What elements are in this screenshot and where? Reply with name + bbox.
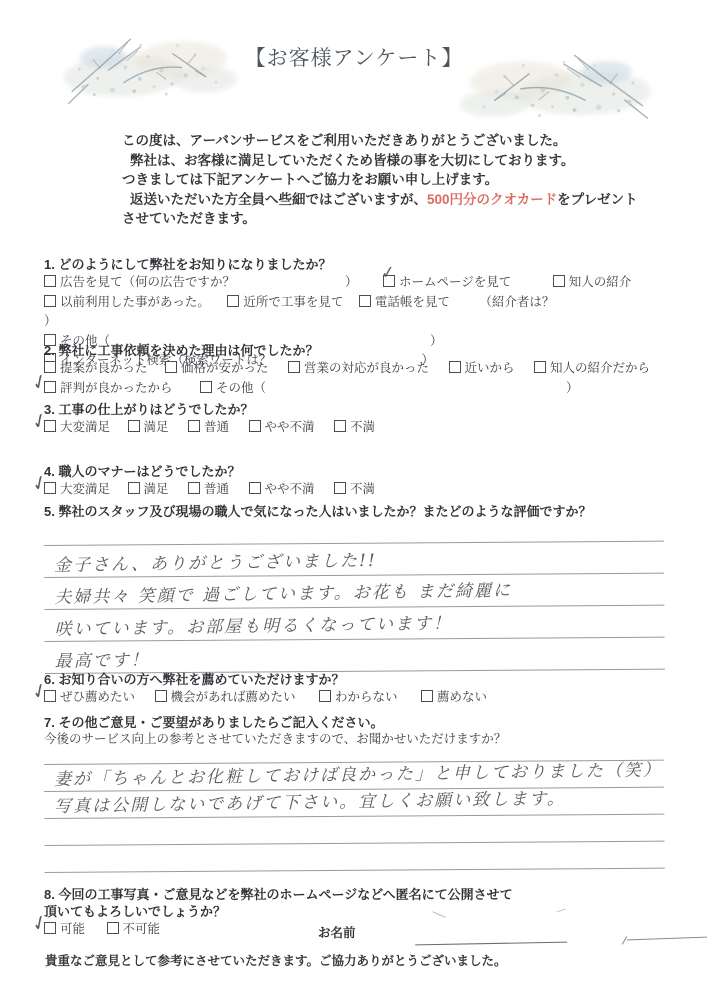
intro-line: つきましては下記アンケートへご協力をお願い申し上げます。 bbox=[122, 170, 688, 190]
answer-line[interactable]: 咲いています。お部屋も明るくなっています！ bbox=[44, 606, 664, 642]
checkbox-q4-satisfied[interactable]: ✓ bbox=[128, 482, 140, 494]
footer-thanks-text: 貴重なご意見として参考にさせていただきます。ご協力ありがとうございました。 bbox=[45, 951, 507, 969]
paren-close: ） bbox=[566, 381, 579, 395]
option-label-homepage: ホームページを見て bbox=[399, 275, 511, 289]
intro-line: 返送いただいた方全員へ些細ではございますが、500円分のクオカードをプレゼント bbox=[122, 190, 688, 210]
checkbox-friend-referral[interactable]: ✓ bbox=[553, 275, 565, 287]
intro-line: させていただきます。 bbox=[122, 209, 688, 229]
option-label-other-reason: その他（ bbox=[216, 381, 266, 395]
option-label-satisfied: 満足 bbox=[144, 482, 169, 496]
answer-line[interactable]: 夫婦共々 笑顔で 過ごしています。お花も まだ綺麗に bbox=[44, 574, 664, 610]
question-7-title: 7. その他ご意見・ご要望がありましたらご記入ください。 bbox=[44, 714, 684, 731]
checkbox-saw-construction[interactable]: ✓ bbox=[227, 295, 239, 307]
checkbox-recommend-if-chance[interactable]: ✓ bbox=[155, 690, 167, 702]
q3-options: ✓大変満足 ✓満足 ✓普通 ✓やや不満 ✓不満 bbox=[44, 418, 684, 438]
checkbox-q3-normal[interactable]: ✓ bbox=[188, 420, 200, 432]
handwritten-text: 夫婦共々 笑顔で 過ごしています。お花も まだ綺麗に bbox=[54, 576, 512, 608]
handwritten-text: 咲いています。お部屋も明るくなっています！ bbox=[54, 609, 452, 640]
option-label-not-recommend: 薦めない bbox=[437, 690, 487, 704]
handwritten-text: 妻が「ちゃんとお化粧しておけば良かった」と申しておりました（笑） bbox=[54, 755, 662, 790]
option-label-near: 近いから bbox=[465, 361, 515, 375]
survey-form-page: 【お客様アンケート】 この度は、アーバンサービスをご利用いただきありがとうござい… bbox=[0, 0, 708, 1000]
option-label-ad: 広告を見て（何の広告ですか？ bbox=[60, 275, 235, 289]
checkbox-q3-satisfied[interactable]: ✓ bbox=[128, 420, 140, 432]
question-5-title: 5. 弊社のスタッフ及び現場の職人で気になった人はいましたか？またどのような評価… bbox=[44, 503, 684, 520]
paren-close: ） bbox=[44, 314, 57, 328]
checkbox-q4-very-satisfied[interactable]: ✓ bbox=[44, 482, 56, 494]
answer-line[interactable]: 写真は公開しないであげて下さい。宜しくお願い致します。 bbox=[44, 788, 664, 819]
q2-row-1: ✓提案が良かった ✓価格が安かった ✓営業の対応が良かった ✓近いから ✓知人の… bbox=[44, 359, 684, 379]
question-1-title: 1. どのようにして弊社をお知りになりましたか？ bbox=[44, 256, 684, 273]
q2-row-2: ✓評判が良かったから ✓その他（） bbox=[44, 379, 684, 399]
checkbox-cheap-price[interactable]: ✓ bbox=[165, 361, 177, 373]
checkbox-friend-reason[interactable]: ✓ bbox=[534, 361, 546, 373]
checkbox-q3-somewhat-dissatisfied[interactable]: ✓ bbox=[249, 420, 261, 432]
option-label-friend-referral: 知人の紹介 bbox=[569, 275, 632, 289]
checkbox-publish-no[interactable]: ✓ bbox=[107, 922, 119, 934]
checkbox-near[interactable]: ✓ bbox=[449, 361, 461, 373]
question-8-title-line2: 頂いてもよろしいでしょうか？ bbox=[44, 903, 684, 920]
checkbox-not-recommend[interactable]: ✓ bbox=[421, 690, 433, 702]
option-label-dissatisfied: 不満 bbox=[350, 482, 375, 496]
checkbox-q3-very-satisfied[interactable]: ✓ bbox=[44, 420, 56, 432]
checkbox-publish-ok[interactable]: ✓ bbox=[44, 922, 56, 934]
question-3-title: 3. 工事の仕上がりはどうでしたか？ bbox=[44, 401, 684, 418]
checkbox-good-proposal[interactable]: ✓ bbox=[44, 361, 56, 373]
option-label-publish-ok: 可能 bbox=[60, 922, 85, 936]
page-title: 【お客様アンケート】 bbox=[0, 42, 708, 72]
name-field-underline[interactable] bbox=[415, 920, 567, 946]
referrer-prompt: （紹介者は？ bbox=[479, 295, 554, 309]
option-label-reputation: 評判が良かったから bbox=[60, 381, 173, 395]
q1-row-1: ✓広告を見て（何の広告ですか？） ✓ホームページを見て ✓知人の紹介 bbox=[44, 273, 684, 293]
option-label-somewhat-dissatisfied: やや不満 bbox=[265, 420, 315, 434]
answer-line[interactable] bbox=[44, 815, 664, 846]
option-label-normal: 普通 bbox=[204, 482, 229, 496]
checkbox-good-sales[interactable]: ✓ bbox=[288, 361, 300, 373]
question-3: 3. 工事の仕上がりはどうでしたか？ ✓大変満足 ✓満足 ✓普通 ✓やや不満 ✓… bbox=[44, 401, 684, 438]
checkbox-q3-dissatisfied[interactable]: ✓ bbox=[334, 420, 346, 432]
paren-close: ） bbox=[345, 275, 358, 289]
question-7-note: 今後のサービス向上の参考とさせていただきますので、お聞かせいただけますか？ bbox=[44, 731, 684, 748]
checkbox-dont-know[interactable]: ✓ bbox=[319, 690, 331, 702]
handwritten-text: 金子さん、ありがとうございました!! bbox=[54, 546, 377, 576]
checkbox-reputation[interactable]: ✓ bbox=[44, 381, 56, 393]
question-6-title: 6. お知り合いの方へ弊社を薦めていただけますか？ bbox=[44, 671, 684, 688]
intro-line: この度は、アーバンサービスをご利用いただきありがとうございました。 bbox=[122, 131, 688, 151]
checkbox-q4-normal[interactable]: ✓ bbox=[188, 482, 200, 494]
option-label-saw-construction: 近所で工事を見て bbox=[243, 295, 343, 309]
name-field-label: お名前 bbox=[318, 923, 356, 941]
handwritten-text: 最高です！ bbox=[54, 645, 149, 671]
q4-options: ✓大変満足 ✓満足 ✓普通 ✓やや不満 ✓不満 bbox=[44, 480, 684, 500]
checkbox-other-reason[interactable]: ✓ bbox=[200, 381, 212, 393]
option-label-dissatisfied: 不満 bbox=[350, 420, 375, 434]
question-8: 8. 今回の工事写真・ご意見などを弊社のホームページなどへ匿名にて公開させて 頂… bbox=[44, 886, 684, 940]
q7-answer-area: 妻が「ちゃんとお化粧しておけば良かった」と申しておりました（笑） 写真は公開しな… bbox=[44, 760, 665, 873]
checkbox-q4-dissatisfied[interactable]: ✓ bbox=[334, 482, 346, 494]
answer-line[interactable]: 最高です！ bbox=[45, 638, 665, 674]
option-label-good-sales: 営業の対応が良かった bbox=[304, 361, 429, 375]
question-5: 5. 弊社のスタッフ及び現場の職人で気になった人はいましたか？またどのような評価… bbox=[44, 503, 684, 520]
question-2-title: 2. 弊社に工事依頼を決めた理由は何でしたか？ bbox=[44, 342, 684, 359]
question-8-title: 8. 今回の工事写真・ご意見などを弊社のホームページなどへ匿名にて公開させて bbox=[44, 886, 684, 903]
option-label-somewhat-dissatisfied: やや不満 bbox=[265, 482, 315, 496]
question-7: 7. その他ご意見・ご要望がありましたらご記入ください。 今後のサービス向上の参… bbox=[44, 714, 684, 748]
q6-options: ✓ぜひ薦めたい ✓機会があれば薦めたい ✓わからない ✓薦めない bbox=[44, 688, 684, 708]
option-label-publish-no: 不可能 bbox=[123, 922, 161, 936]
checkbox-q4-somewhat-dissatisfied[interactable]: ✓ bbox=[249, 482, 261, 494]
quo-card-highlight: 500円分のクオカード bbox=[427, 192, 557, 207]
question-4: 4. 職人のマナーはどうでしたか？ ✓大変満足 ✓満足 ✓普通 ✓やや不満 ✓不… bbox=[44, 463, 684, 500]
checkmark-icon: ✓ bbox=[380, 264, 396, 283]
q5-answer-area: 金子さん、ありがとうございました!! 夫婦共々 笑顔で 過ごしています。お花も … bbox=[44, 541, 665, 674]
checkbox-ad[interactable]: ✓ bbox=[44, 275, 56, 287]
option-label-normal: 普通 bbox=[204, 420, 229, 434]
checkbox-homepage[interactable]: ✓ bbox=[383, 275, 395, 287]
option-label-used-before: 以前利用した事があった。 bbox=[60, 295, 210, 309]
option-label-phonebook: 電話帳を見て bbox=[375, 295, 450, 309]
q8-options: ✓可能 ✓不可能 bbox=[44, 920, 684, 940]
question-4-title: 4. 職人のマナーはどうでしたか？ bbox=[44, 463, 684, 480]
answer-line[interactable]: 金子さん、ありがとうございました!! bbox=[44, 542, 664, 578]
option-label-recommend-if-chance: 機会があれば薦めたい bbox=[171, 690, 296, 704]
option-label-dont-know: わからない bbox=[335, 690, 398, 704]
option-label-cheap-price: 価格が安かった bbox=[181, 361, 269, 375]
checkbox-definitely-recommend[interactable]: ✓ bbox=[44, 690, 56, 702]
question-2: 2. 弊社に工事依頼を決めた理由は何でしたか？ ✓提案が良かった ✓価格が安かっ… bbox=[44, 342, 684, 398]
option-label-definitely-recommend: ぜひ薦めたい bbox=[60, 690, 135, 704]
answer-line[interactable] bbox=[45, 842, 665, 873]
checkbox-phonebook[interactable]: ✓ bbox=[359, 295, 371, 307]
option-label-friend-reason: 知人の紹介だから bbox=[550, 361, 650, 375]
question-6: 6. お知り合いの方へ弊社を薦めていただけますか？ ✓ぜひ薦めたい ✓機会があれ… bbox=[44, 671, 684, 708]
option-label-very-satisfied: 大変満足 bbox=[60, 420, 110, 434]
q1-row-2: ✓以前利用した事があった。 ✓近所で工事を見て ✓電話帳を見て （紹介者は？） bbox=[44, 293, 684, 332]
intro-paragraph: この度は、アーバンサービスをご利用いただきありがとうございました。 弊社は、お客… bbox=[122, 131, 688, 229]
option-label-satisfied: 満足 bbox=[144, 420, 169, 434]
checkbox-used-before[interactable]: ✓ bbox=[44, 295, 56, 307]
option-label-very-satisfied: 大変満足 bbox=[60, 482, 110, 496]
intro-line: 弊社は、お客様に満足していただくため皆様の事を大切にしております。 bbox=[122, 151, 688, 171]
option-label-good-proposal: 提案が良かった bbox=[60, 361, 148, 375]
